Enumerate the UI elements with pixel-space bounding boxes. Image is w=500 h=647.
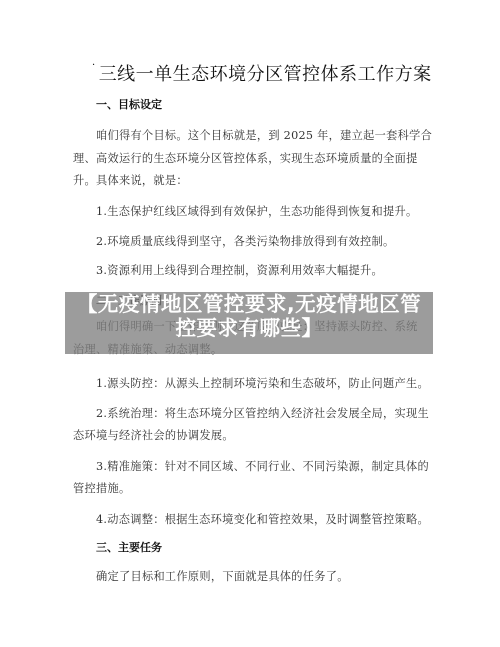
list-item: 1.生态保护红线区域得到有效保护，生态功能得到恢复和提升。 [96, 203, 417, 219]
section-heading-tasks: 三、主要任务 [96, 539, 162, 555]
list-item: 3.资源利用上线得到合理控制，资源利用效率大幅提升。 [96, 262, 383, 278]
document-title: ·三线一单生态环境分区管控体系工作方案 [92, 60, 432, 86]
title-text: 三线一单生态环境分区管控体系工作方案 [99, 64, 432, 85]
list-item: 2.环境质量底线得到坚守，各类污染物排放得到有效控制。 [96, 233, 394, 249]
list-item: 1.源头防控：从源头上控制环境污染和生态破坏，防止问题产生。 [96, 375, 429, 391]
bullet-dot: · [92, 60, 96, 71]
list-item: 2.系统治理：将生态环境分区管控纳入经济社会发展全局，实现生 [96, 405, 429, 421]
banner-line-2: 控要求有哪些】 [65, 316, 433, 340]
section-heading-goals: 一、目标设定 [96, 96, 162, 112]
banner-line-1: 【无疫情地区管控要求,无疫情地区管 [65, 292, 433, 316]
overlay-banner-title: 【无疫情地区管控要求,无疫情地区管 控要求有哪些】 [65, 292, 433, 340]
list-item-continuation: 管控措施。 [73, 480, 130, 496]
paragraph-line: 咱们得有个目标。这个目标就是，到 2025 年，建立起一套科学合 [96, 127, 432, 143]
list-item-continuation: 态环境与经济社会的协调发展。 [73, 427, 234, 443]
list-item: 4.动态调整：根据生态环境变化和管控效果，及时调整管控策略。 [96, 511, 429, 527]
list-item: 3.精准施策：针对不同区域、不同行业、不同污染源，制定具体的 [96, 458, 429, 474]
paragraph-line: 升。具体来说，就是： [73, 172, 188, 188]
paragraph-line: 确定了目标和工作原则，下面就是具体的任务了。 [96, 568, 349, 584]
paragraph-line: 理、高效运行的生态环境分区管控体系，实现生态环境质量的全面提 [73, 150, 418, 166]
